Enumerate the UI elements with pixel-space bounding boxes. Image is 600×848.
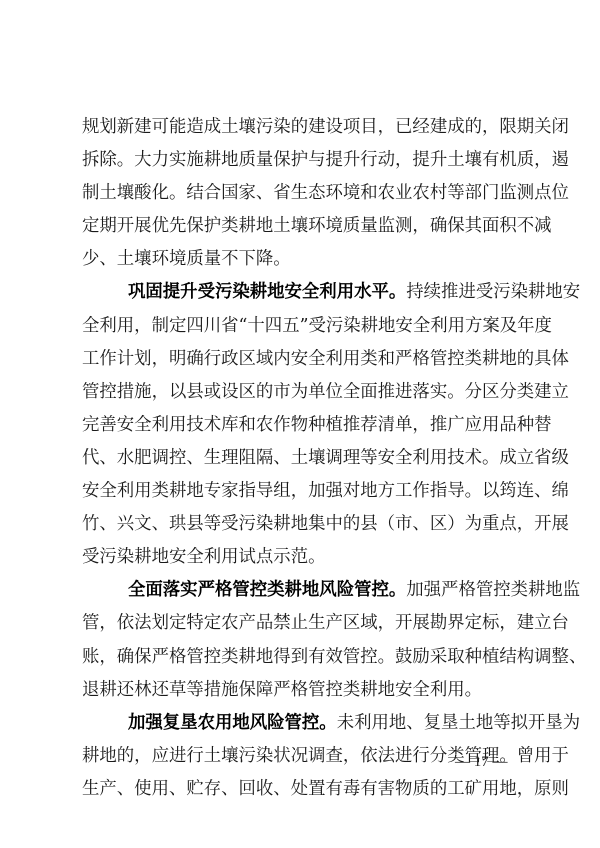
paragraph-start-line: 全面落实严格管控类耕地风险管控。加强严格管控类耕地监 [82, 574, 524, 607]
page-number: — 17 — [455, 754, 508, 771]
section-heading: 全面落实严格管控类耕地风险管控。 [128, 580, 406, 600]
section-heading: 加强复垦农用地风险管控。 [128, 713, 337, 733]
text-line: 拆除。大力实施耕地质量保护与提升行动，提升土壤有机质，遏 [82, 144, 524, 177]
text-line: 规划新建可能造成土壤污染的建设项目，已经建成的，限期关闭 [82, 111, 524, 144]
text-line: 全利用，制定四川省“十四五”受污染耕地安全利用方案及年度 [82, 310, 524, 343]
document-page: 规划新建可能造成土壤污染的建设项目，已经建成的，限期关闭 拆除。大力实施耕地质量… [0, 0, 600, 848]
text-line: 制土壤酸化。结合国家、省生态环境和农业农村等部门监测点位 [82, 177, 524, 210]
text-line: 退耕还林还草等措施保障严格管控类耕地安全利用。 [82, 674, 524, 707]
text-line: 完善安全利用技术库和农作物种植推荐清单，推广应用品种替 [82, 409, 524, 442]
text-line: 竹、兴文、珙县等受污染耕地集中的县（市、区）为重点，开展 [82, 508, 524, 541]
section-heading: 巩固提升受污染耕地安全利用水平。 [128, 282, 406, 302]
paragraph-start-line: 加强复垦农用地风险管控。未利用地、复垦土地等拟开垦为 [82, 707, 524, 740]
text-line: 管控措施，以县或设区的市为单位全面推进落实。分区分类建立 [82, 376, 524, 409]
text-line: 工作计划，明确行政区域内安全利用类和严格管控类耕地的具体 [82, 343, 524, 376]
text-line: 定期开展优先保护类耕地土壤环境质量监测，确保其面积不减 [82, 210, 524, 243]
text-line: 账，确保严格管控类耕地得到有效管控。鼓励采取种植结构调整、 [82, 641, 524, 674]
text-run: 未利用地、复垦土地等拟开垦为 [337, 713, 580, 733]
text-line: 代、水肥调控、生理阻隔、土壤调理等安全利用技术。成立省级 [82, 442, 524, 475]
text-line: 管，依法划定特定农产品禁止生产区域，开展勘界定标，建立台 [82, 607, 524, 640]
text-run: 持续推进受污染耕地安 [406, 282, 580, 302]
text-line: 受污染耕地安全利用试点示范。 [82, 541, 524, 574]
text-line: 安全利用类耕地专家指导组，加强对地方工作指导。以筠连、绵 [82, 475, 524, 508]
text-line: 少、土壤环境质量不下降。 [82, 243, 524, 276]
text-run: 加强严格管控类耕地监 [406, 580, 580, 600]
text-line: 生产、使用、贮存、回收、处置有毒有害物质的工矿用地，原则 [82, 773, 524, 806]
paragraph-start-line: 巩固提升受污染耕地安全利用水平。持续推进受污染耕地安 [82, 276, 524, 309]
document-body: 规划新建可能造成土壤污染的建设项目，已经建成的，限期关闭 拆除。大力实施耕地质量… [82, 111, 524, 806]
